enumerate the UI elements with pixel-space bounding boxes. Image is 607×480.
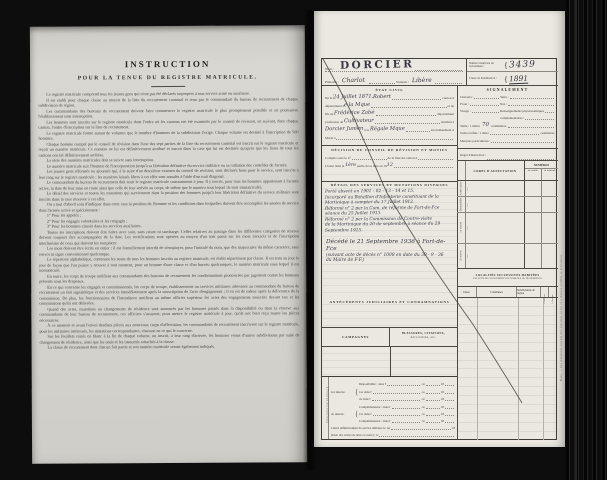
dotted-rule bbox=[508, 127, 554, 128]
dotted-rule bbox=[435, 83, 462, 84]
corps-band-row: Armée active⎱ bbox=[457, 181, 558, 197]
surnom-value-handwritten: Libère bbox=[412, 77, 432, 84]
dotted-rule bbox=[387, 385, 420, 386]
corps-band-row: Disponibilité⎱ bbox=[457, 197, 558, 213]
localites-column-header: Communes bbox=[477, 287, 517, 297]
printed-label: Classé dans la bbox=[325, 164, 345, 168]
le-label: , le bbox=[421, 397, 425, 401]
printed-label: et de bbox=[448, 104, 455, 108]
antecedents-title: ANTÉCÉDENTS JUDICIAIRES ET CONDAMNATIONS bbox=[322, 300, 457, 304]
signalement-left: Visage : bbox=[460, 109, 500, 113]
printed-label: département d bbox=[325, 104, 344, 108]
corps-affectation-header: CORPS D'AFFECTATION bbox=[466, 161, 525, 180]
brace-glyph: ⎱ bbox=[466, 181, 470, 196]
passage-row: Complémentaire : dans l', le18 bbox=[331, 416, 455, 423]
instruction-title: INSTRUCTION bbox=[30, 58, 305, 69]
death-note-handwritten: Décédé le 21 Septembre 1936 à Fort-de-Fc… bbox=[326, 239, 455, 264]
dotted-rule bbox=[445, 393, 454, 394]
dotted-rule bbox=[487, 159, 554, 160]
signalement-label: Cheveux : bbox=[460, 95, 473, 99]
year-prefix: 18 bbox=[441, 390, 444, 394]
ordres-route-line: (Date des ordres de mise en route) ; le bbox=[331, 430, 455, 437]
instruction-paragraph: La classe de recrutement dont chacun fai… bbox=[40, 343, 300, 350]
column-rule bbox=[518, 298, 519, 440]
printed-label: à la bbox=[363, 128, 370, 132]
passages-reserves-section: ÉPOQUES DE PASSAGE Disponibilité : dans … bbox=[322, 376, 457, 439]
dotted-rule bbox=[394, 167, 453, 168]
passage-label: 1re dans l' bbox=[359, 412, 372, 416]
brace-glyph: ⎱ bbox=[466, 244, 470, 268]
numeros-sub2: de matricule bbox=[542, 169, 558, 180]
dotted-rule bbox=[352, 159, 387, 160]
dotted-rule bbox=[369, 83, 396, 84]
etat-civil-line: profession de Cultivateurrésidant à bbox=[322, 116, 457, 124]
campagnes-table: CAMPAGNES BLESSURES, CITATIONS, décorati… bbox=[322, 327, 457, 376]
printed-label: Né le bbox=[325, 96, 333, 100]
decision-line: Classé dans la 1ère partie de la liste e… bbox=[322, 160, 457, 168]
brace-glyph: { bbox=[504, 75, 508, 84]
year-prefix: 18 bbox=[441, 412, 444, 416]
numero-matricule-value-handwritten: 3439 bbox=[509, 60, 536, 71]
dotted-rule bbox=[510, 98, 554, 99]
blessures-line2: décorations, etc. bbox=[390, 335, 457, 339]
passage-label: Complémentaire : dans l' bbox=[359, 419, 391, 423]
brace-glyph: { bbox=[504, 61, 508, 70]
signalement-right: Renseignements physionomiques bbox=[500, 109, 555, 113]
signalement-rows: Cheveux :Yeux :Front :Nez :Visage :Rense… bbox=[457, 92, 558, 120]
dotted-rule bbox=[474, 98, 499, 99]
localites-body bbox=[457, 298, 558, 440]
dotted-rule bbox=[445, 400, 454, 401]
passage-row: Complémentaire : dans l', le18 bbox=[331, 401, 455, 408]
printed-label: Marié à bbox=[325, 136, 335, 140]
printed-label: profession de bbox=[325, 120, 344, 124]
dotted-rule bbox=[491, 142, 554, 143]
dotted-rule bbox=[375, 123, 440, 124]
passage-group-label: 2e réserve. bbox=[331, 412, 355, 416]
surnom-label: Surnom : bbox=[396, 80, 409, 84]
dotted-rule bbox=[445, 422, 454, 423]
etat-civil-line: Marié à bbox=[322, 132, 457, 140]
dotted-rule bbox=[508, 105, 554, 106]
title-divider bbox=[151, 86, 185, 87]
localites-subtitle: PAR SUITE DE CHANGEMENTS DE DOMICILE OU … bbox=[457, 278, 558, 280]
liberation-label: Libéré définitivement du service militai… bbox=[331, 426, 390, 430]
prenoms-row: Prénoms : Charlot Surnom : Libère bbox=[325, 74, 463, 84]
corps-band-row: 1re réserve⎱ bbox=[457, 213, 558, 244]
signalement-row: complémentaires : bbox=[457, 113, 558, 120]
dotted-rule bbox=[376, 115, 437, 116]
passage-row-list: Disponibilité : dans l', le181re réserve… bbox=[331, 379, 455, 423]
signalement-section: SIGNALEMENT Cheveux :Yeux :Front :Nez :V… bbox=[457, 86, 558, 149]
year-prefix: 18 bbox=[441, 419, 444, 423]
service-notes-handwritten: Porté absent en 1901 - 02 - 13 - 14 et 1… bbox=[325, 189, 455, 233]
handwritten-entry: e la Mque bbox=[344, 102, 370, 108]
le-label: , le bbox=[421, 412, 425, 416]
dotted-rule bbox=[373, 393, 420, 394]
detail-services-section: DÉTAIL DES SERVICES ET MUTATIONS DIVERSE… bbox=[322, 181, 457, 298]
marques-label: Marques particulières : bbox=[460, 139, 490, 143]
localites-title: LOCALITÉS SUCCESSIVES HABITÉES bbox=[457, 273, 558, 277]
antecedents-section: ANTÉCÉDENTS JUDICIAIRES ET CONDAMNATIONS bbox=[322, 298, 457, 327]
decision-conseil-section: DÉCISION DU CONSEIL DE RÉVISION ET MOTIF… bbox=[322, 145, 457, 180]
numeros-subheaders: au contrôle de matricule bbox=[525, 169, 558, 180]
printed-label: fils de bbox=[325, 112, 334, 116]
instruction-paragraph: Toutes les inscriptions doivent être fai… bbox=[39, 228, 299, 246]
corps-header-row: CORPS D'AFFECTATION NUMÉROS au contrôle … bbox=[457, 161, 558, 181]
le-label: , le bbox=[421, 390, 425, 394]
instruction-paragraph: Chaque homme compté par le conseil de ré… bbox=[38, 140, 298, 158]
passage-row: 2e réserve.{1re dans l', le18 bbox=[331, 409, 455, 416]
localites-vertical-column: À l'intérieur bbox=[541, 287, 549, 297]
handwritten-entry: Frédérice Zabé bbox=[334, 110, 374, 117]
numero-matricule-label: Numéro matricule du recrutement : bbox=[469, 62, 503, 68]
etat-civil-section: ÉTAT CIVIL Né le 24 Juillet 1871, Robert… bbox=[322, 86, 457, 140]
ordres-route-label: (Date des ordres de mise en route) ; le bbox=[331, 433, 378, 437]
handwritten-note-line: du Maire de F-F.) bbox=[326, 258, 455, 263]
dotted-rule bbox=[392, 408, 420, 409]
instruction-body: Le registre matricule comprend tous les … bbox=[38, 90, 299, 350]
year-prefix: 18 bbox=[452, 426, 455, 430]
handwritten-entry: Régale Mque bbox=[370, 126, 405, 133]
numeros-label: NUMÉROS bbox=[525, 161, 558, 169]
signalement-row: Visage :Renseignements physionomiques bbox=[457, 106, 558, 113]
handwritten-entry: 1ère bbox=[345, 163, 356, 168]
dotted-rule bbox=[415, 70, 462, 71]
band-label-cell: 2e réserve bbox=[457, 244, 466, 268]
dotted-rule bbox=[391, 429, 451, 430]
campagnes-body bbox=[322, 347, 457, 376]
dotted-rule bbox=[406, 131, 430, 132]
classe-mobilisation-row: Classe de mobilisation : { 1891 bbox=[467, 72, 558, 86]
passage-row: 1re réserve.{1re dans l', le18 bbox=[331, 386, 455, 393]
taille-row: Taille : 1 mètre 70 centimètres. bbox=[457, 120, 558, 128]
signalement-left: Cheveux : bbox=[460, 95, 500, 99]
passages-side-label: ÉPOQUES DE PASSAGE bbox=[327, 380, 330, 430]
dotted-rule bbox=[373, 415, 420, 416]
signalement-label: Renseignements physionomiques bbox=[500, 109, 544, 113]
book-edge-band bbox=[566, 0, 607, 480]
taille-label: Taille : 1 mètre bbox=[460, 124, 480, 128]
printed-label: partie de la liste en 19 bbox=[356, 164, 387, 168]
passage-group-label: 1re réserve. bbox=[331, 390, 355, 394]
signalement-row: Cheveux :Yeux : bbox=[457, 92, 558, 99]
dotted-rule bbox=[426, 408, 440, 409]
nom-label: Nom : bbox=[325, 67, 334, 71]
signalement-right: Nez : bbox=[500, 102, 555, 106]
blank-ruled-area bbox=[322, 168, 457, 180]
handwritten-entry: 12 bbox=[387, 163, 393, 168]
dotted-rule bbox=[336, 139, 453, 140]
localites-column-headers: DatesCommunesSubdivisions de régionÀ l'i… bbox=[457, 287, 558, 298]
localites-table: LOCALITÉS SUCCESSIVES HABITÉES PAR SUITE… bbox=[457, 271, 558, 441]
le-label: , le bbox=[421, 382, 425, 386]
liberation-line: Libéré définitivement du service militai… bbox=[331, 423, 455, 430]
taille-rectifiee-label: Taille rectifiée : 1 mètre bbox=[460, 131, 489, 135]
etat-civil-line: fils de Frédérice Zabédépartement bbox=[322, 108, 457, 116]
detail-services-title: DÉTAIL DES SERVICES ET MUTATIONS DIVERSE… bbox=[322, 182, 457, 187]
matricule-form-frame: Nom : DORCIER Prénoms : Charlot Surnom :… bbox=[321, 58, 557, 440]
etat-civil-line: Né le 24 Juillet 1871, Robertcanton d bbox=[322, 92, 457, 100]
handwritten-note-line: Décédé le 21 Septembre 1936 à Fort-de-Fc… bbox=[326, 239, 455, 253]
prenoms-value-handwritten: Charlot bbox=[342, 77, 365, 84]
dotted-rule bbox=[426, 385, 440, 386]
signalement-right: Yeux : bbox=[500, 95, 555, 99]
classe-label: Classe de mobilisation : bbox=[469, 77, 503, 80]
passage-label: 2e dans l' bbox=[359, 397, 371, 401]
instruction-subtitle: POUR LA TENUE DU REGISTRE MATRICULE. bbox=[30, 74, 305, 81]
degre-instruction-box: Degré d'instruction : bbox=[457, 149, 558, 161]
dotted-rule bbox=[470, 105, 499, 106]
dotted-rule bbox=[392, 422, 420, 423]
numeros-header: NUMÉROS au contrôle de matricule bbox=[525, 161, 558, 180]
blessures-column-header: BLESSURES, CITATIONS, décorations, etc. bbox=[390, 328, 457, 346]
corps-affectation-table: CORPS D'AFFECTATION NUMÉROS au contrôle … bbox=[457, 161, 558, 269]
marques-row: Marques particulières : bbox=[457, 135, 558, 143]
signalement-label: complémentaires : bbox=[500, 116, 524, 120]
signalement-label: Nez : bbox=[500, 102, 507, 106]
signalement-label: Visage : bbox=[460, 109, 471, 113]
handwritten-entry: 24 Juillet 1871, bbox=[333, 94, 373, 101]
instruction-paragraph: Le répertoire alphabétique, contenant le… bbox=[39, 255, 299, 273]
signalement-label: Yeux : bbox=[500, 95, 509, 99]
signalement-row: Front :Nez : bbox=[457, 99, 558, 106]
handwritten-entry: Cultivateur bbox=[344, 118, 374, 125]
degre-instruction-label: Degré d'instruction : bbox=[460, 153, 486, 157]
campagnes-column-header: CAMPAGNES bbox=[322, 328, 390, 346]
prenoms-label: Prénoms : bbox=[325, 80, 339, 84]
le-label: , le bbox=[421, 405, 425, 409]
handwritten-entry: Robert bbox=[373, 94, 391, 100]
brace-glyph: ⎱ bbox=[466, 197, 470, 212]
dotted-rule bbox=[445, 415, 454, 416]
dotted-rule bbox=[371, 107, 446, 108]
numeros-sub1: au contrôle bbox=[525, 169, 542, 180]
margin-vertical-note: Nota. — Les mutations doivent être inscr… bbox=[560, 81, 563, 381]
signalement-label: Front : bbox=[460, 102, 469, 106]
year-prefix: 18 bbox=[441, 405, 444, 409]
dotted-rule bbox=[445, 385, 454, 386]
column-rule bbox=[477, 298, 478, 440]
dotted-rule bbox=[379, 436, 454, 437]
classe-value-handwritten: 1891 bbox=[509, 74, 528, 85]
etat-civil-line: Dorcier Junien à la Régale Mquearrondiss… bbox=[322, 124, 457, 132]
year-prefix: 18 bbox=[441, 382, 444, 386]
taille-unit: centimètres. bbox=[491, 124, 507, 128]
dotted-rule bbox=[426, 400, 440, 401]
name-header-cell: Nom : DORCIER Prénoms : Charlot Surnom :… bbox=[322, 59, 467, 86]
nom-value-handwritten: DORCIER bbox=[339, 58, 414, 72]
dotted-rule bbox=[392, 99, 441, 100]
passage-row: Disponibilité : dans l', le18 bbox=[331, 379, 455, 386]
taille-value-handwritten: 70 bbox=[482, 122, 489, 128]
passage-row: 2e dans l', le18 bbox=[331, 394, 455, 401]
passages-rows: Disponibilité : dans l', le181re réserve… bbox=[331, 379, 455, 437]
taille-rectifiee-row: Taille rectifiée : 1 mètre centimètres. bbox=[457, 128, 558, 136]
printed-label: de la liste du canton d bbox=[388, 156, 418, 160]
dotted-rule bbox=[545, 112, 554, 113]
printed-label: canton d bbox=[442, 96, 454, 100]
nom-row: Nom : DORCIER bbox=[325, 60, 463, 72]
brace-glyph: ⎱ bbox=[466, 213, 470, 243]
printed-label: arrondissement d bbox=[431, 128, 454, 132]
localites-title-box: LOCALITÉS SUCCESSIVES HABITÉES PAR SUITE… bbox=[457, 271, 558, 287]
dotted-rule bbox=[426, 393, 440, 394]
dotted-rule bbox=[472, 112, 499, 113]
dotted-rule bbox=[418, 159, 453, 160]
dotted-rule bbox=[445, 408, 454, 409]
corps-table-body: Armée active⎱Disponibilité⎱1re réserve⎱2… bbox=[457, 181, 558, 268]
scanned-register-spread: INSTRUCTION POUR LA TENUE DU REGISTRE MA… bbox=[0, 0, 607, 480]
le-label: , le bbox=[421, 419, 425, 423]
right-page-matricule-form: Nom : DORCIER Prénoms : Charlot Surnom :… bbox=[314, 11, 565, 447]
etat-civil-line: département de la Mqueet de bbox=[322, 100, 457, 108]
printed-label: Compris sous le n° bbox=[325, 156, 351, 160]
decision-line: Compris sous le n°de la liste du canton … bbox=[322, 152, 457, 160]
handwritten-entry: Dorcier Junien bbox=[325, 126, 363, 133]
year-prefix: 18 bbox=[441, 397, 444, 401]
passages-side-label-strip: ÉPOQUES DE PASSAGE bbox=[322, 377, 329, 439]
decision-title: DÉCISION DU CONSEIL DE RÉVISION ET MOTIF… bbox=[322, 146, 457, 152]
dotted-rule bbox=[525, 119, 554, 120]
left-page-instruction: INSTRUCTION POUR LA TENUE DU REGISTRE MA… bbox=[30, 25, 307, 463]
dotted-rule bbox=[426, 415, 440, 416]
passage-label: Complémentaire : dans l' bbox=[359, 405, 391, 409]
localites-column-header: Subdivisions de région bbox=[517, 287, 541, 297]
taille-rectifiee-unit: centimètres. bbox=[540, 131, 555, 135]
printed-label: département bbox=[437, 112, 454, 116]
signalement-left: Front : bbox=[460, 102, 500, 106]
instruction-paragraph: En ce qui concerne les engagés et commis… bbox=[39, 283, 299, 306]
localites-column-header: Dates bbox=[457, 287, 477, 297]
instruction-paragraph: Quand des actes, mutations ou changement… bbox=[39, 305, 299, 323]
handwritten-note-line: Septembre 1915. bbox=[325, 227, 455, 234]
signalement-right: complémentaires : bbox=[500, 116, 555, 120]
campagnes-header-row: CAMPAGNES BLESSURES, CITATIONS, décorati… bbox=[322, 328, 457, 347]
column-rule bbox=[543, 298, 544, 440]
numero-matricule-row: Numéro matricule du recrutement : { 3439 bbox=[467, 59, 558, 72]
dotted-rule bbox=[372, 400, 420, 401]
band-label: 2e réserve bbox=[460, 239, 463, 273]
localites-vertical-column: À l'étranger bbox=[549, 287, 557, 297]
corps-band-row: 2e réserve⎱ bbox=[457, 244, 558, 268]
passage-label: Disponibilité : dans l' bbox=[359, 382, 386, 386]
dotted-rule bbox=[426, 422, 440, 423]
printed-label: résidant à bbox=[441, 120, 454, 124]
dotted-rule bbox=[490, 134, 540, 135]
passage-label: 1re dans l' bbox=[359, 390, 372, 394]
matricule-header-cell: Numéro matricule du recrutement : { 3439… bbox=[467, 59, 558, 86]
